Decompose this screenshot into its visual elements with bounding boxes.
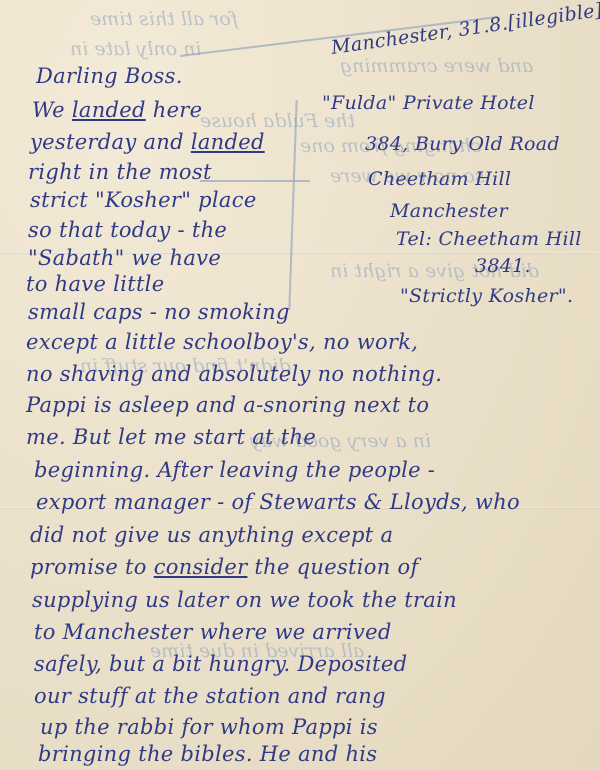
letter-line: supplying us later on we took the train — [32, 588, 457, 612]
hotel-district: Cheetham Hill — [368, 168, 511, 190]
letter-line: We landed here — [32, 98, 202, 122]
hotel-city: Manchester — [390, 200, 508, 222]
letter-line: me. But let me start at the — [26, 425, 316, 449]
letter-line: except a little schoolboy's, no work, — [26, 330, 418, 354]
hotel-telephone: Tel: Cheetham Hill — [396, 228, 582, 250]
hotel-street: 384, Bury Old Road — [365, 133, 560, 155]
letter-line: up the rabbi for whom Pappi is — [40, 715, 378, 739]
letter-page: for all this time in only late in and we… — [0, 0, 600, 770]
letter-line: safely, but a bit hungry. Deposited — [34, 652, 407, 676]
letter-line: yesterday and landed — [30, 130, 265, 154]
kosher-note: "Strictly Kosher". — [400, 285, 573, 307]
letter-line: to have little — [26, 272, 164, 296]
letter-line: beginning. After leaving the people - — [34, 458, 435, 482]
letter-line: did not give us anything except a — [30, 523, 393, 547]
letter-line: strict "Kosher" place — [30, 188, 257, 212]
letter-line: right in the most — [28, 160, 212, 184]
letter-line: Pappi is asleep and a-snoring next to — [26, 393, 429, 417]
letter-line: "Sabath" we have — [28, 246, 221, 270]
letter-line: promise to consider the question of — [30, 555, 419, 579]
bleed-through-text: for all this time — [90, 8, 238, 30]
letter-line: export manager - of Stewarts & Lloyds, w… — [36, 490, 520, 514]
pencil-stroke — [200, 180, 310, 182]
bleed-through-text: and were cramming — [340, 55, 533, 77]
salutation: Darling Boss. — [36, 64, 183, 88]
place-date: Manchester, 31.8.[illegible] — [330, 0, 600, 59]
hotel-telephone-number: 3841. — [475, 255, 531, 277]
letter-line: so that today - the — [28, 218, 227, 242]
letter-line: bringing the bibles. He and his — [38, 742, 377, 766]
bleed-through-text: in only late in — [70, 38, 202, 60]
letter-line: small caps - no smoking — [28, 300, 290, 324]
letter-line: to Manchester where we arrived — [34, 620, 392, 644]
letter-line: our stuff at the station and rang — [34, 684, 386, 708]
hotel-name: "Fulda" Private Hotel — [322, 92, 535, 114]
letter-line: no shaving and absolutely no nothing. — [26, 362, 442, 386]
